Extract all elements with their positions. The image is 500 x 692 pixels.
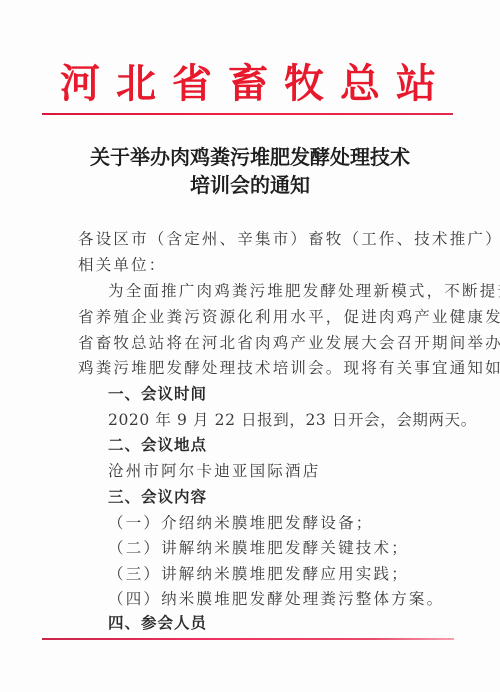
- intro-line-1: 为全面推广肉鸡粪污堆肥发酵处理新模式，不断提升我: [108, 280, 500, 302]
- salutation-line-2: 相关单位：: [78, 254, 167, 276]
- content-item-1: （一）介绍纳米膜堆肥发酵设备；: [108, 512, 374, 534]
- footer-red-rule: [42, 638, 454, 640]
- section-heading-time: 一、会议时间: [108, 383, 207, 405]
- document-title-line-1: 关于举办肉鸡粪污堆肥发酵处理技术: [0, 143, 500, 171]
- section-heading-attendees: 四、参会人员: [108, 612, 207, 634]
- intro-line-4: 鸡粪污堆肥发酵处理技术培训会。现将有关事宜通知如下：: [78, 357, 500, 379]
- document-page: 河北省畜牧总站 关于举办肉鸡粪污堆肥发酵处理技术 培训会的通知 各设区市（含定州…: [0, 0, 500, 692]
- section-content-location: 沧州市阿尔卡迪亚国际酒店: [108, 460, 320, 482]
- salutation-line-1: 各设区市（含定州、辛集市）畜牧（工作、技术推广）站及: [78, 228, 500, 250]
- intro-line-3: 省畜牧总站将在河北省肉鸡产业发展大会召开期间举办肉: [78, 332, 500, 354]
- intro-line-2: 省养殖企业粪污资源化利用水平，促进肉鸡产业健康发展，: [78, 306, 500, 328]
- section-heading-location: 二、会议地点: [108, 434, 207, 456]
- document-title-line-2: 培训会的通知: [0, 171, 500, 199]
- letterhead-red-rule: [42, 113, 453, 115]
- content-item-3: （三）讲解纳米膜堆肥发酵应用实践；: [108, 563, 409, 585]
- content-item-4: （四）纳米膜堆肥发酵处理粪污整体方案。: [108, 588, 444, 610]
- organization-letterhead: 河北省畜牧总站: [0, 60, 500, 108]
- content-item-2: （二）讲解纳米膜堆肥发酵关键技术；: [108, 537, 409, 559]
- section-content-time: 2020 年 9 月 22 日报到，23 日开会，会期两天。: [108, 409, 477, 431]
- section-heading-content: 三、会议内容: [108, 486, 207, 508]
